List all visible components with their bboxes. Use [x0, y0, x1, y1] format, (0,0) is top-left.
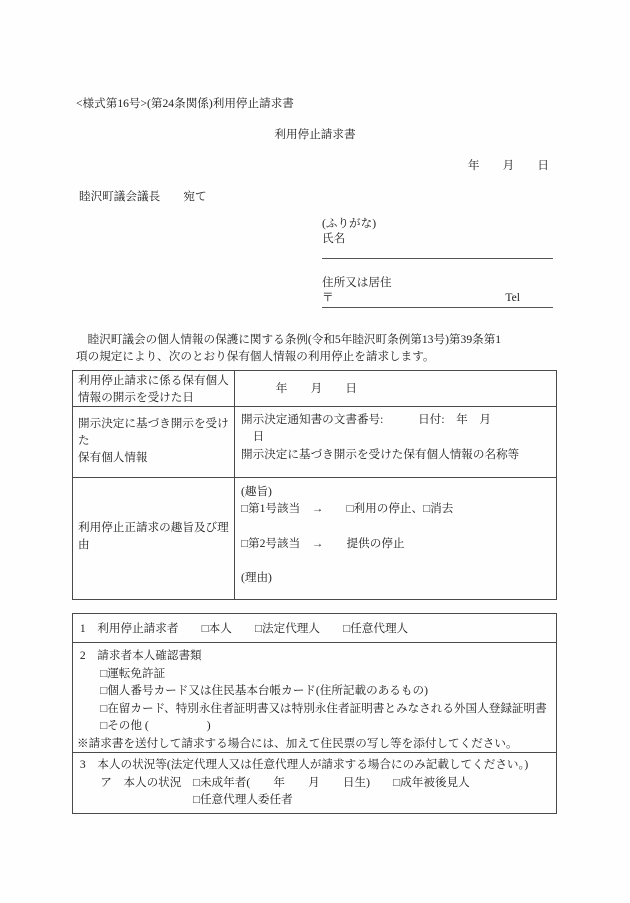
date-blank-line: 年 月 日	[468, 158, 549, 173]
intro-paragraph: 睦沢町議会の個人情報の保護に関する条例(令和5年睦沢町条例第13号)第39条第1…	[76, 332, 501, 365]
section-principal-status: 3 本人の状況等(法定代理人又は任意代理人が請求する場合にのみ記載してください。…	[73, 753, 556, 813]
furigana-label: (ふりがな)	[322, 216, 553, 231]
row-label: 利用停止正請求の趣旨及び理 由	[73, 478, 235, 599]
row-value: 開示決定通知書の文書番号: 日付: 年 月 日 開示決定に基づき開示を受けた保有…	[235, 407, 556, 477]
table-row-purpose-and-reason: 利用停止正請求の趣旨及び理 由 (趣旨) □第1号該当 → □利用の停止、□消去…	[73, 478, 556, 599]
applicant-name-block: (ふりがな) 氏名	[322, 216, 553, 259]
table-row-disclosure-date: 利用停止請求に係る保有個人 情報の開示を受けた日 年 月 日	[73, 371, 556, 407]
section-requester-type: 1 利用停止請求者 □本人 □法定代理人 □任意代理人	[73, 614, 556, 643]
table-row-disclosed-information: 開示決定に基づき開示を受け た 保有個人情報 開示決定通知書の文書番号: 日付:…	[73, 407, 556, 478]
form-page: <様式第16号>(第24条関係)利用停止請求書 利用停止請求書 年 月 日 睦沢…	[0, 0, 630, 903]
addressee-line: 睦沢町議会議長 宛て	[79, 189, 207, 204]
row-value: 年 月 日	[235, 371, 556, 406]
row-value: (趣旨) □第1号該当 → □利用の停止、□消去 □第2号該当 → 提供の停止 …	[235, 478, 556, 599]
row-label: 利用停止請求に係る保有個人 情報の開示を受けた日	[73, 371, 235, 406]
tel-label: Tel	[505, 290, 520, 305]
request-details-table: 利用停止請求に係る保有個人 情報の開示を受けた日 年 月 日 開示決定に基づき開…	[72, 370, 557, 600]
section-identity-documents: 2 請求者本人確認書類 □運転免許証 □個人番号カード又は住民基本台帳カード(住…	[73, 643, 556, 753]
tel-blank-line	[520, 290, 553, 305]
applicant-address-block: 住所又は居住 〒 Tel	[322, 275, 553, 308]
postal-mark: 〒	[322, 290, 334, 305]
postal-tel-field: 〒 Tel	[322, 290, 553, 308]
row-label: 開示決定に基づき開示を受け た 保有個人情報	[73, 407, 235, 477]
requester-info-table: 1 利用停止請求者 □本人 □法定代理人 □任意代理人 2 請求者本人確認書類 …	[72, 613, 557, 814]
name-field: 氏名	[322, 231, 553, 259]
form-number-line: <様式第16号>(第24条関係)利用停止請求書	[76, 96, 294, 111]
address-label: 住所又は居住	[322, 275, 553, 290]
document-title: 利用停止請求書	[0, 127, 630, 142]
postal-blank-line	[334, 290, 506, 305]
